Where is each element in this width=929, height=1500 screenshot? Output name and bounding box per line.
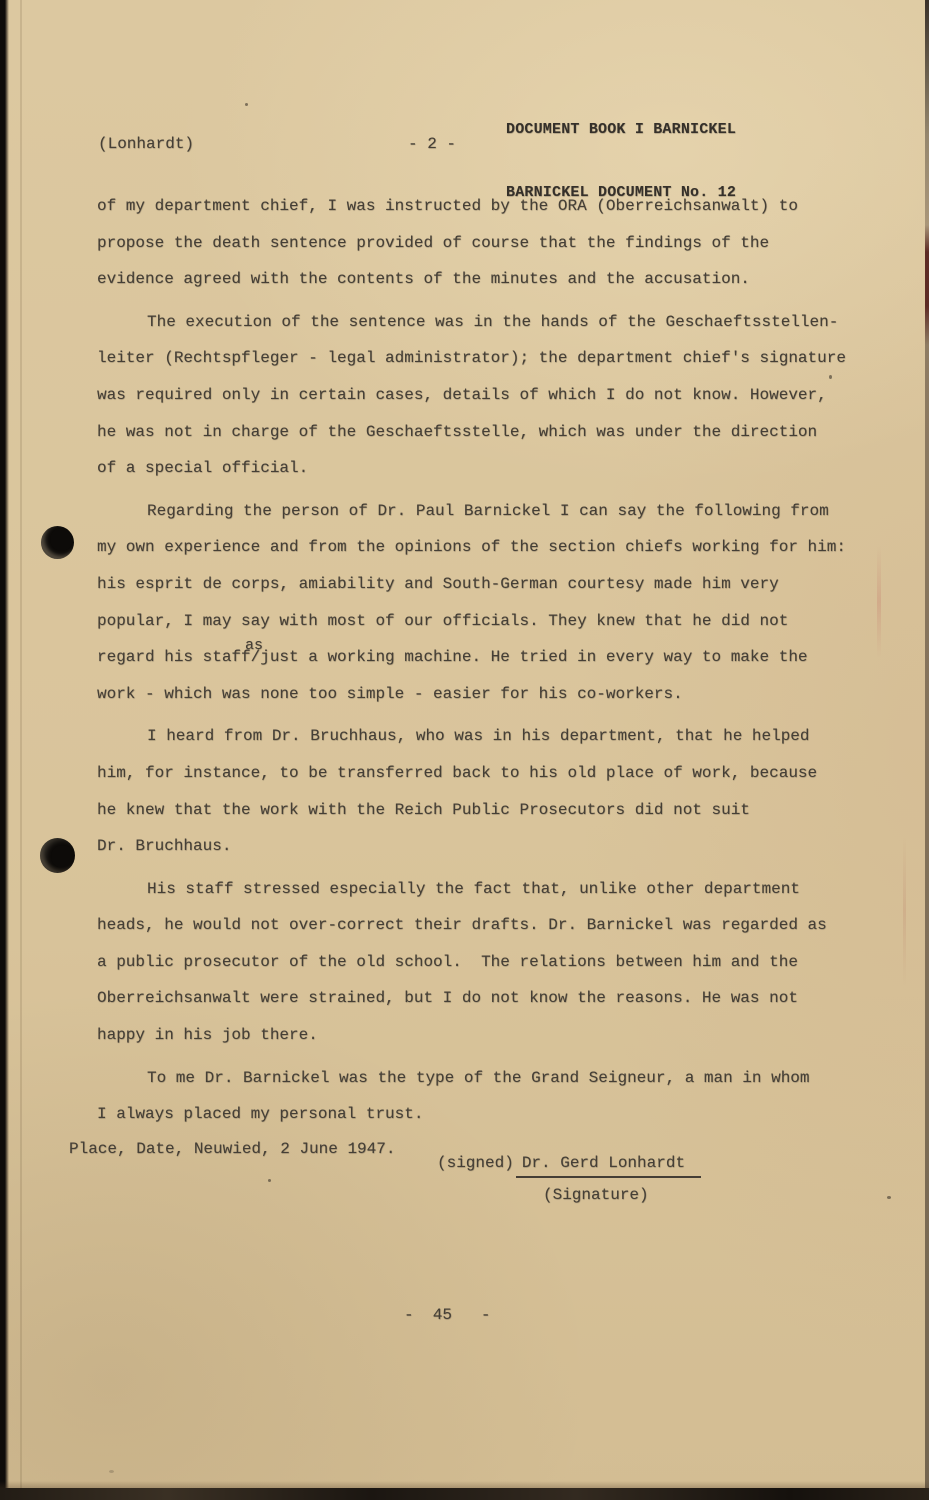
scan-edge-bottom xyxy=(0,1488,929,1500)
signed-line: (signed)Dr. Gerd Lonhardt xyxy=(437,1154,701,1172)
signed-prefix: (signed) xyxy=(437,1154,514,1172)
punch-hole xyxy=(41,526,74,559)
paragraph: The execution of the sentence was in the… xyxy=(97,304,877,487)
text-line: leiter (Rechtspfleger - legal administra… xyxy=(97,340,877,377)
scan-edge-right xyxy=(925,0,929,1500)
text-line: popular, I may say with most of our offi… xyxy=(97,603,877,640)
text-line: propose the death sentence provided of c… xyxy=(97,225,877,262)
scan-edge-left xyxy=(0,0,9,1500)
text-line: work - which was none too simple - easie… xyxy=(97,676,877,713)
text-line: was required only in certain cases, deta… xyxy=(97,377,877,414)
paper-stain xyxy=(877,546,881,658)
place-date-line: Place, Date, Neuwied, 2 June 1947. xyxy=(69,1140,395,1158)
text-line: my own experience and from the opinions … xyxy=(97,529,877,566)
text-line: him, for instance, to be transferred bac… xyxy=(97,755,877,792)
text-line: Regarding the person of Dr. Paul Barnick… xyxy=(97,493,877,530)
text-line: I always placed my personal trust. xyxy=(97,1096,877,1133)
punch-hole xyxy=(40,838,75,873)
typed-insertion: as xyxy=(245,637,263,654)
text-line: he was not in charge of the Geschaeftsst… xyxy=(97,414,877,451)
paper-speck xyxy=(887,1196,891,1199)
text-line: Oberreichsanwalt were strained, but I do… xyxy=(97,980,877,1017)
page-number-bottom: - 45 - xyxy=(404,1306,490,1324)
paper-crease xyxy=(20,0,22,1500)
text-line: of a special official. xyxy=(97,450,877,487)
paragraph: I heard from Dr. Bruchhaus, who was in h… xyxy=(97,718,877,864)
signature-label: (Signature) xyxy=(543,1186,649,1204)
header-line-1: DOCUMENT BOOK I BARNICKEL xyxy=(506,119,736,140)
text-line: I heard from Dr. Bruchhaus, who was in h… xyxy=(97,718,877,755)
text-line: evidence agreed with the contents of the… xyxy=(97,261,877,298)
text-line: a public prosecutor of the old school. T… xyxy=(97,944,877,981)
text-line: To me Dr. Barnickel was the type of the … xyxy=(97,1060,877,1097)
text-line: heads, he would not over-correct their d… xyxy=(97,907,877,944)
page-number-top: - 2 - xyxy=(408,135,456,153)
paper-speck xyxy=(245,103,248,106)
scanned-document-page: DOCUMENT BOOK I BARNICKEL BARNICKEL DOCU… xyxy=(0,0,929,1500)
paragraph: His staff stressed especially the fact t… xyxy=(97,871,877,1054)
body-text: of my department chief, I was instructed… xyxy=(97,188,877,1133)
text-line: happy in his job there. xyxy=(97,1017,877,1054)
paragraph: of my department chief, I was instructed… xyxy=(97,188,877,298)
text-line: The execution of the sentence was in the… xyxy=(97,304,877,341)
text-line: His staff stressed especially the fact t… xyxy=(97,871,877,908)
reference-note: (Lonhardt) xyxy=(98,135,194,153)
paper-stain xyxy=(903,836,906,986)
paper-speck xyxy=(268,1179,271,1182)
signed-name: Dr. Gerd Lonhardt xyxy=(516,1154,701,1178)
text-line: he knew that the work with the Reich Pub… xyxy=(97,792,877,829)
paper-speck xyxy=(109,1470,114,1473)
text-line: Dr. Bruchhaus. xyxy=(97,828,877,865)
text-line: of my department chief, I was instructed… xyxy=(97,188,877,225)
text-line: regard his staff/just a working machine.… xyxy=(97,639,877,676)
paragraph: To me Dr. Barnickel was the type of the … xyxy=(97,1060,877,1133)
paragraph: Regarding the person of Dr. Paul Barnick… xyxy=(97,493,877,713)
text-line: his esprit de corps, amiability and Sout… xyxy=(97,566,877,603)
